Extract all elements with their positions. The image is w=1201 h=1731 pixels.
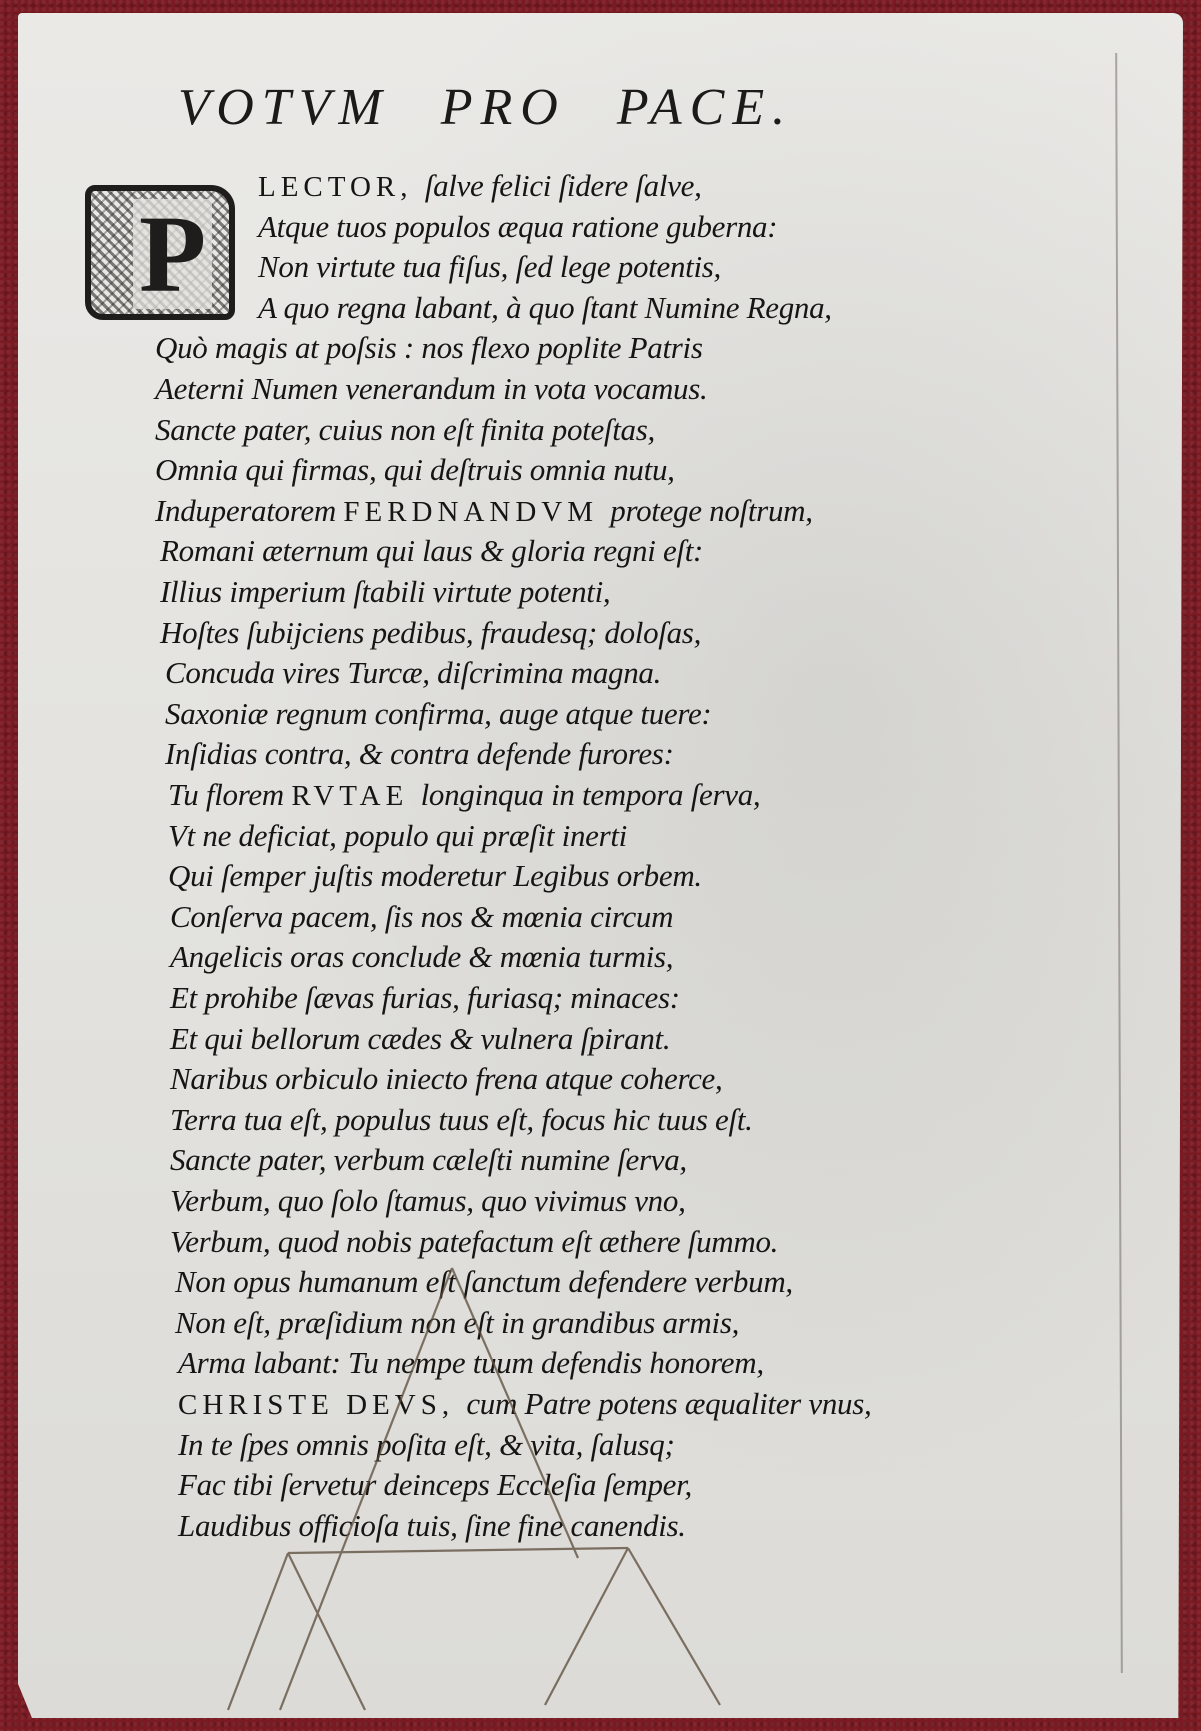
decorated-initial: P xyxy=(85,185,235,320)
verse-text: Tu florem xyxy=(168,777,291,812)
verse-line: Aeterni Numen venerandum in vota vocamus… xyxy=(155,371,707,407)
verse-text: Arma labant: Tu nempe tuum defendis hono… xyxy=(178,1345,764,1380)
verse-text: In te ſpes omnis poſita eſt, & vita, ſal… xyxy=(178,1427,675,1462)
small-caps-name: FERDNANDVM xyxy=(343,496,610,528)
verse-text: Saxoniæ regnum confirma, auge atque tuer… xyxy=(165,696,711,731)
small-caps-name: CHRISTE DEVS, xyxy=(178,1389,466,1421)
verse-line: Verbum, quo ſolo ſtamus, quo vivimus vno… xyxy=(170,1183,686,1219)
verse-line: Laudibus officioſa tuis, ſine fine canen… xyxy=(178,1508,686,1544)
verse-text: Sancte pater, verbum cæleſti numine ſerv… xyxy=(170,1142,687,1177)
verse-text: Et prohibe ſævas furias, furiasq; minace… xyxy=(170,980,680,1015)
verse-line: Conſerva pacem, ſis nos & mœnia circum xyxy=(170,899,673,935)
verse-text: A quo regna labant, à quo ſtant Numine R… xyxy=(258,290,832,325)
verse-text: Hoſtes ſubijciens pedibus, fraudesq; dol… xyxy=(160,615,701,650)
verse-text: Qui ſemper juſtis moderetur Legibus orbe… xyxy=(168,858,702,893)
verse-text: Illius imperium ſtabili virtute potenti, xyxy=(160,574,610,609)
verse-line: Qui ſemper juſtis moderetur Legibus orbe… xyxy=(168,858,702,894)
verse-line: Tu florem RVTAE longinqua in tempora ſer… xyxy=(168,777,760,813)
verse-text: protege noſtrum, xyxy=(610,493,812,528)
verse-line: Atque tuos populos æqua ratione guberna: xyxy=(258,209,777,245)
verse-line: Sancte pater, cuius non eſt finita poteſ… xyxy=(155,412,655,448)
small-caps-name: LECTOR, xyxy=(258,171,425,203)
verse-line: Concuda vires Turcæ, diſcrimina magna. xyxy=(165,655,661,691)
verse-line: Illius imperium ſtabili virtute potenti, xyxy=(160,574,610,610)
verse-text: Romani æternum qui laus & gloria regni e… xyxy=(160,533,703,568)
verse-text: Naribus orbiculo iniecto frena atque coh… xyxy=(170,1061,722,1096)
verse-line: Naribus orbiculo iniecto frena atque coh… xyxy=(170,1061,722,1097)
small-caps-name: RVTAE xyxy=(291,780,420,812)
verse-line: Fac tibi ſervetur deinceps Eccleſia ſemp… xyxy=(178,1467,692,1503)
verse-line: Non opus humanum eſt ſanctum defendere v… xyxy=(175,1264,793,1300)
verse-line: Quò magis at poſsis : nos flexo poplite … xyxy=(155,330,703,366)
verse-text: Sancte pater, cuius non eſt finita poteſ… xyxy=(155,412,655,447)
verse-line: Vt ne deficiat, populo qui præſit inerti xyxy=(168,818,627,854)
verse-text: Verbum, quod nobis patefactum eſt æthere… xyxy=(170,1224,778,1259)
verse-text: Terra tua eſt, populus tuus eſt, focus h… xyxy=(170,1102,753,1137)
verse-line: Saxoniæ regnum confirma, auge atque tuer… xyxy=(165,696,711,732)
verse-text: Inſidias contra, & contra defende furore… xyxy=(165,736,674,771)
verse-text: Concuda vires Turcæ, diſcrimina magna. xyxy=(165,655,661,690)
verse-text: Omnia qui firmas, qui deſtruis omnia nut… xyxy=(155,452,675,487)
verse-line: Non virtute tua fiſus, ſed lege potentis… xyxy=(258,249,721,285)
verse-line: A quo regna labant, à quo ſtant Numine R… xyxy=(258,290,832,326)
verse-line: Sancte pater, verbum cæleſti numine ſerv… xyxy=(170,1142,687,1178)
verse-text: Aeterni Numen venerandum in vota vocamus… xyxy=(155,371,707,406)
verse-line: Romani æternum qui laus & gloria regni e… xyxy=(160,533,703,569)
verse-text: Fac tibi ſervetur deinceps Eccleſia ſemp… xyxy=(178,1467,692,1502)
verse-line: Et qui bellorum cædes & vulnera ſpirant. xyxy=(170,1021,670,1057)
fold-line xyxy=(1115,53,1123,1673)
verse-text: Laudibus officioſa tuis, ſine fine canen… xyxy=(178,1508,686,1543)
verse-text: Atque tuos populos æqua ratione guberna: xyxy=(258,209,777,244)
verse-line: Inſidias contra, & contra defende furore… xyxy=(165,736,674,772)
verse-line: CHRISTE DEVS, cum Patre potens æqualiter… xyxy=(178,1386,871,1422)
verse-line: Terra tua eſt, populus tuus eſt, focus h… xyxy=(170,1102,753,1138)
verse-line: Induperatorem FERDNANDVM protege noſtrum… xyxy=(155,493,813,529)
verse-line: LECTOR, ſalve felici ſidere ſalve, xyxy=(258,168,702,204)
initial-letter: P xyxy=(133,199,212,309)
verse-text: Quò magis at poſsis : nos flexo poplite … xyxy=(155,330,703,365)
verse-text: ſalve felici ſidere ſalve, xyxy=(425,168,702,203)
verse-text: Verbum, quo ſolo ſtamus, quo vivimus vno… xyxy=(170,1183,686,1218)
verse-line: In te ſpes omnis poſita eſt, & vita, ſal… xyxy=(178,1427,675,1463)
verse-text: Induperatorem xyxy=(155,493,343,528)
verse-line: Non eſt, præſidium non eſt in grandibus … xyxy=(175,1305,739,1341)
verse-text: Non opus humanum eſt ſanctum defendere v… xyxy=(175,1264,793,1299)
verse-text: Non eſt, præſidium non eſt in grandibus … xyxy=(175,1305,739,1340)
verse-line: Angelicis oras conclude & mœnia turmis, xyxy=(170,939,673,975)
verse-line: Arma labant: Tu nempe tuum defendis hono… xyxy=(178,1345,764,1381)
verse-text: cum Patre potens æqualiter vnus, xyxy=(466,1386,871,1421)
verse-line: Omnia qui firmas, qui deſtruis omnia nut… xyxy=(155,452,675,488)
verse-line: Verbum, quod nobis patefactum eſt æthere… xyxy=(170,1224,778,1260)
verse-text: Angelicis oras conclude & mœnia turmis, xyxy=(170,939,673,974)
verse-text: Conſerva pacem, ſis nos & mœnia circum xyxy=(170,899,673,934)
verse-text: Non virtute tua fiſus, ſed lege potentis… xyxy=(258,249,721,284)
verse-text: Vt ne deficiat, populo qui præſit inerti xyxy=(168,818,627,853)
verse-line: Hoſtes ſubijciens pedibus, fraudesq; dol… xyxy=(160,615,701,651)
page-title: VOTVM PRO PACE. xyxy=(178,78,793,137)
verse-text: longinqua in tempora ſerva, xyxy=(421,777,761,812)
verse-text: Et qui bellorum cædes & vulnera ſpirant. xyxy=(170,1021,670,1056)
verse-line: Et prohibe ſævas furias, furiasq; minace… xyxy=(170,980,680,1016)
